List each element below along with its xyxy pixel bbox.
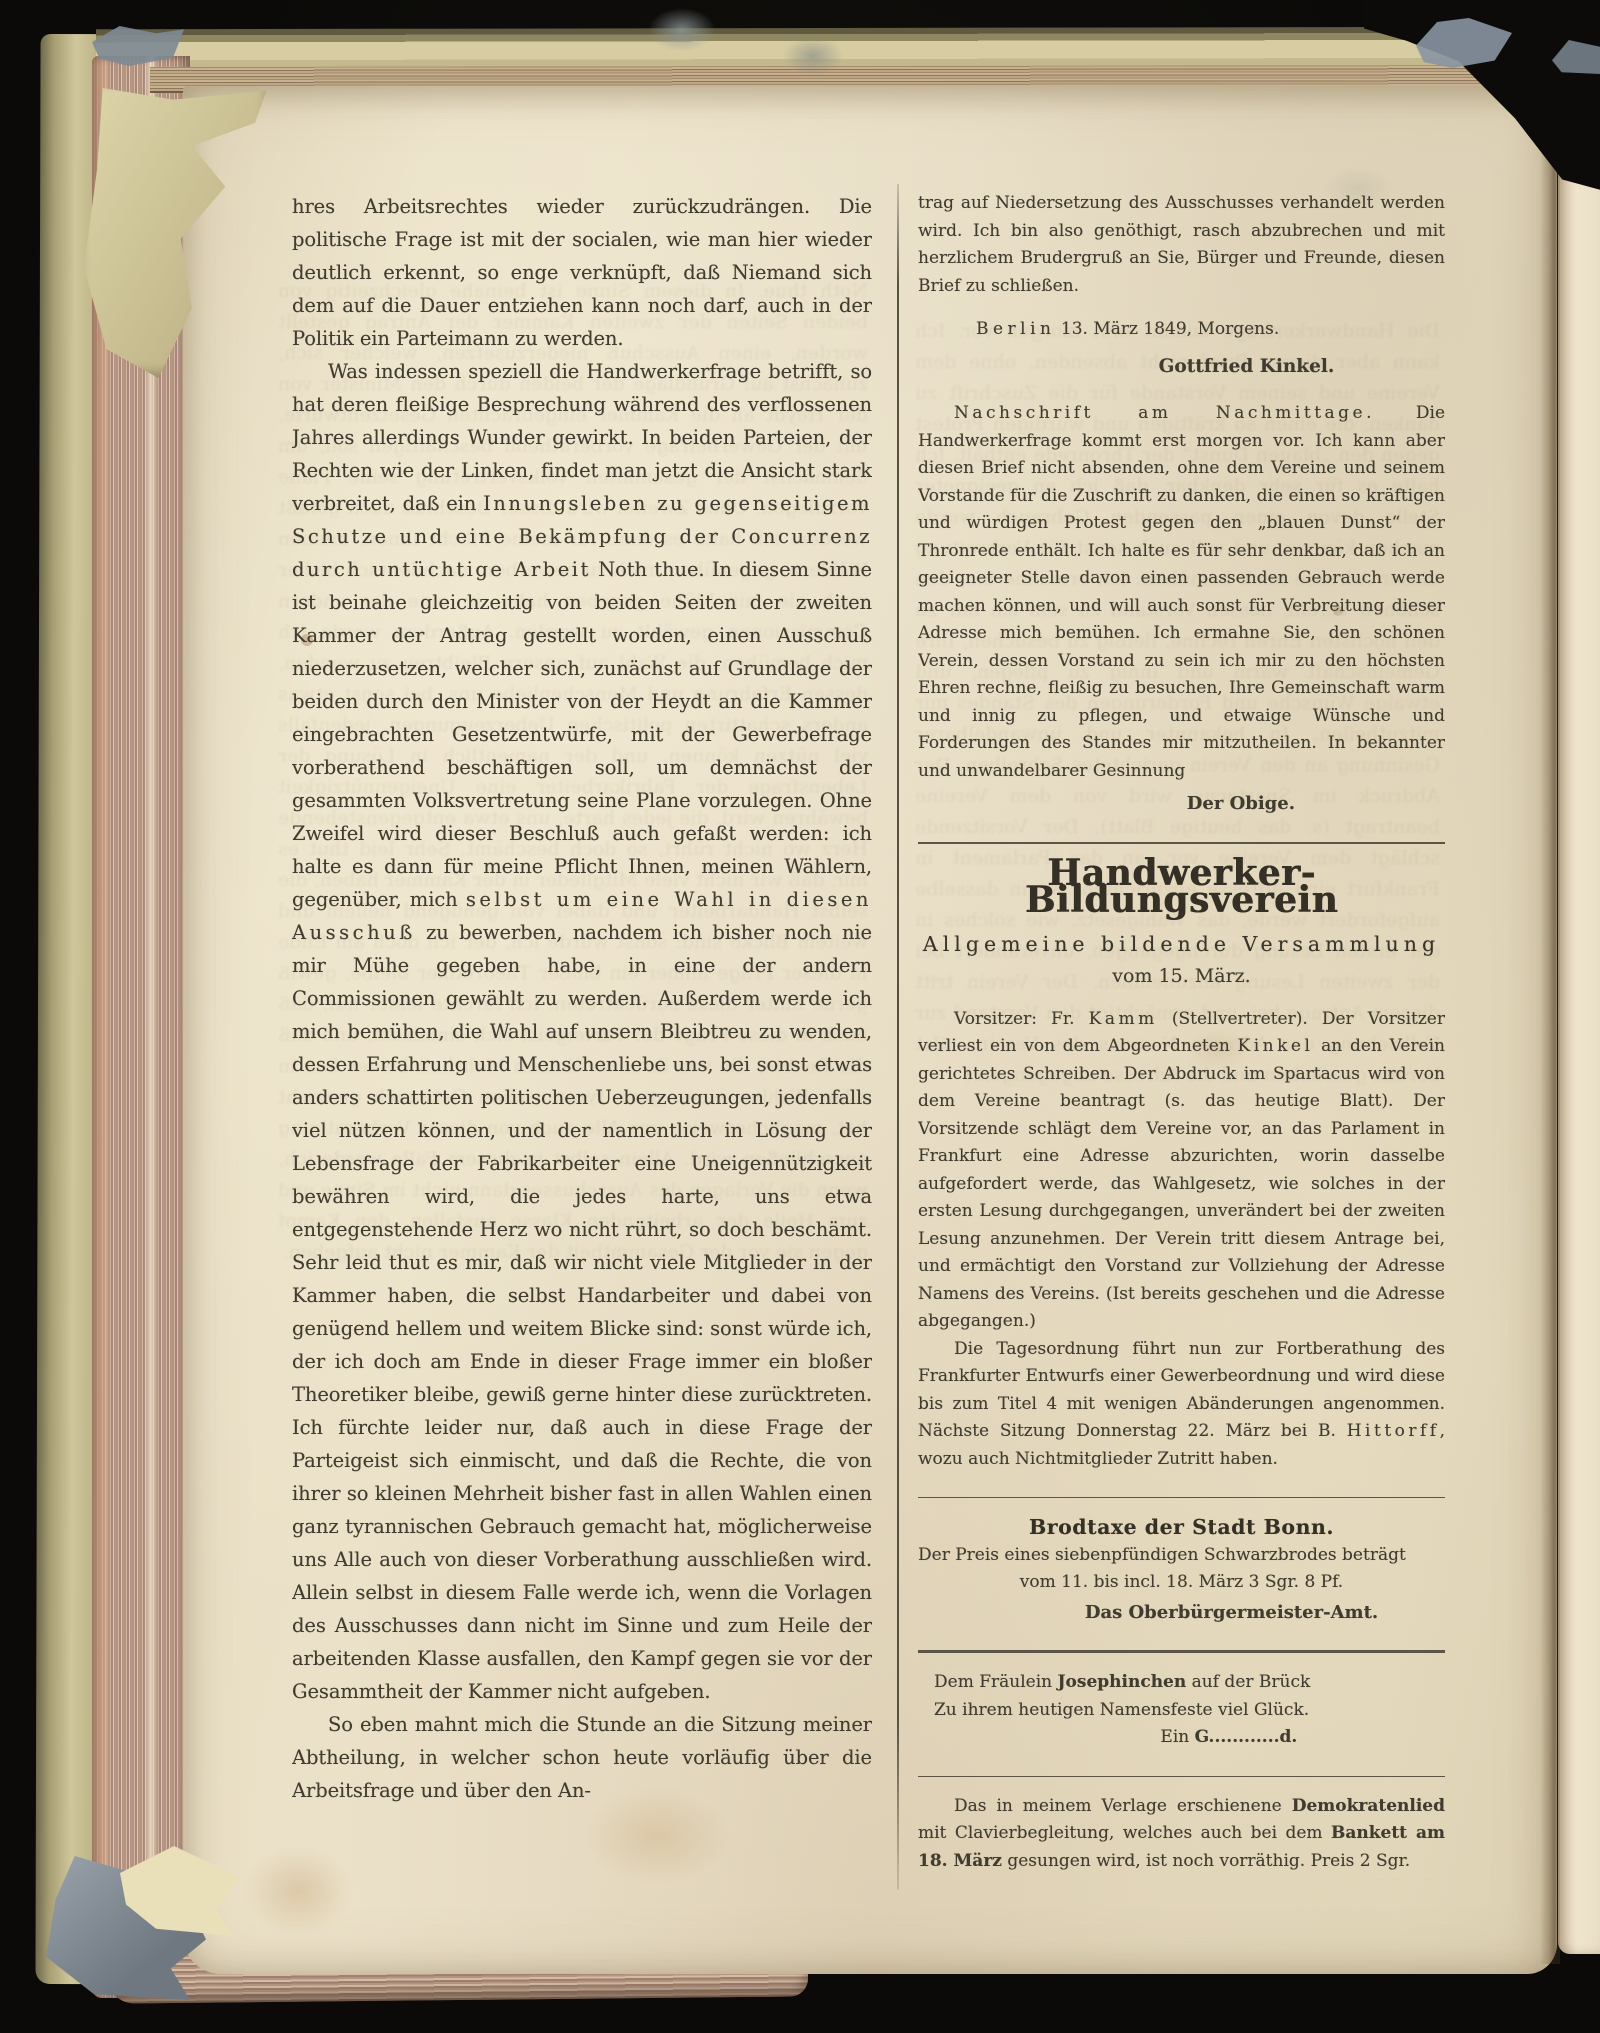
meeting-report-paragraph: Die Tagesordnung führt nun zur Fortberat… [918,1336,1445,1474]
greeting-signature: Ein G............d. [918,1724,1445,1752]
ad-signature: W. Sulzbach. [1288,1875,1445,1880]
letter-signature: Gottfried Kinkel. [918,353,1445,381]
right-text-column: trag auf Niedersetzung des Ausschusses v… [918,190,1445,1880]
article-paragraph: So eben mahnt mich die Stunde an die Sit… [292,1708,872,1807]
brodtaxe-signature: Das Oberbürgermeister-Amt. [918,1599,1445,1627]
article-paragraph: Was indessen speziell die Handwerkerfrag… [292,355,872,1708]
emphasized-name: Hittorff [1347,1421,1440,1441]
adjacent-page-edge [1558,166,1600,1954]
greeting-line: Zu ihrem heutigen Namensfeste viel Glück… [918,1697,1445,1725]
brodtaxe-body-line: Der Preis eines siebenpfündigen Schwarzb… [918,1542,1445,1570]
dateline-place: Berlin [976,319,1056,339]
article-paragraph: hres Arbeitsrechtes wieder zurückzudräng… [292,190,872,355]
brodtaxe-title: Brodtaxe der Stadt Bonn. [918,1514,1445,1542]
smudge-mark [782,36,844,76]
meeting-report-paragraph: Vorsitzer: Fr. Kamm (Stellvertreter). De… [918,1006,1445,1336]
left-text-column: hres Arbeitsrechtes wieder zurückzudräng… [292,190,872,1830]
book-gutter-shadow [1540,96,1560,1964]
greeting-name: Josephinchen [1058,1672,1187,1692]
ad-paragraph: Das in meinem Verlage erschienene Demokr… [918,1793,1445,1876]
postscript-paragraph: Nachschrift am Nachmittage. Die Handwerk… [918,400,1445,785]
brodtaxe-body-line: vom 11. bis incl. 18. März 3 Sgr. 8 Pf. [918,1569,1445,1597]
emphasized-name: Kamm [1089,1009,1158,1029]
postscript-lead: Nachschrift am Nachmittage. [954,403,1375,423]
section-rule [918,842,1445,844]
smudge-mark [648,8,716,52]
verein-subtitle-date: vom 15. März. [918,963,1445,991]
section-rule [918,1776,1445,1777]
section-rule [918,1497,1445,1498]
column-divider-rule [897,184,899,1890]
book-scan: Noth thue. In diesem Sinne ist beinahe g… [0,0,1600,2033]
verein-subtitle: Allgemeine bildende Versammlung [918,931,1445,959]
letter-dateline: Berlin 13. März 1849, Morgens. [918,316,1445,344]
verein-title: Handwerker-Bildungsverein [918,860,1445,915]
ad-product-name: Demokratenlied [1292,1796,1445,1816]
emphasized-name: Kinkel [1238,1036,1314,1056]
section-rule [918,1650,1445,1653]
paper-stain [243,1846,353,1936]
letter-signoff: Der Obige. [918,790,1445,818]
greeting-line: Dem Fräulein Josephinchen auf der Brück [918,1669,1445,1697]
letter-continuation-paragraph: trag auf Niedersetzung des Ausschusses v… [918,190,1445,300]
